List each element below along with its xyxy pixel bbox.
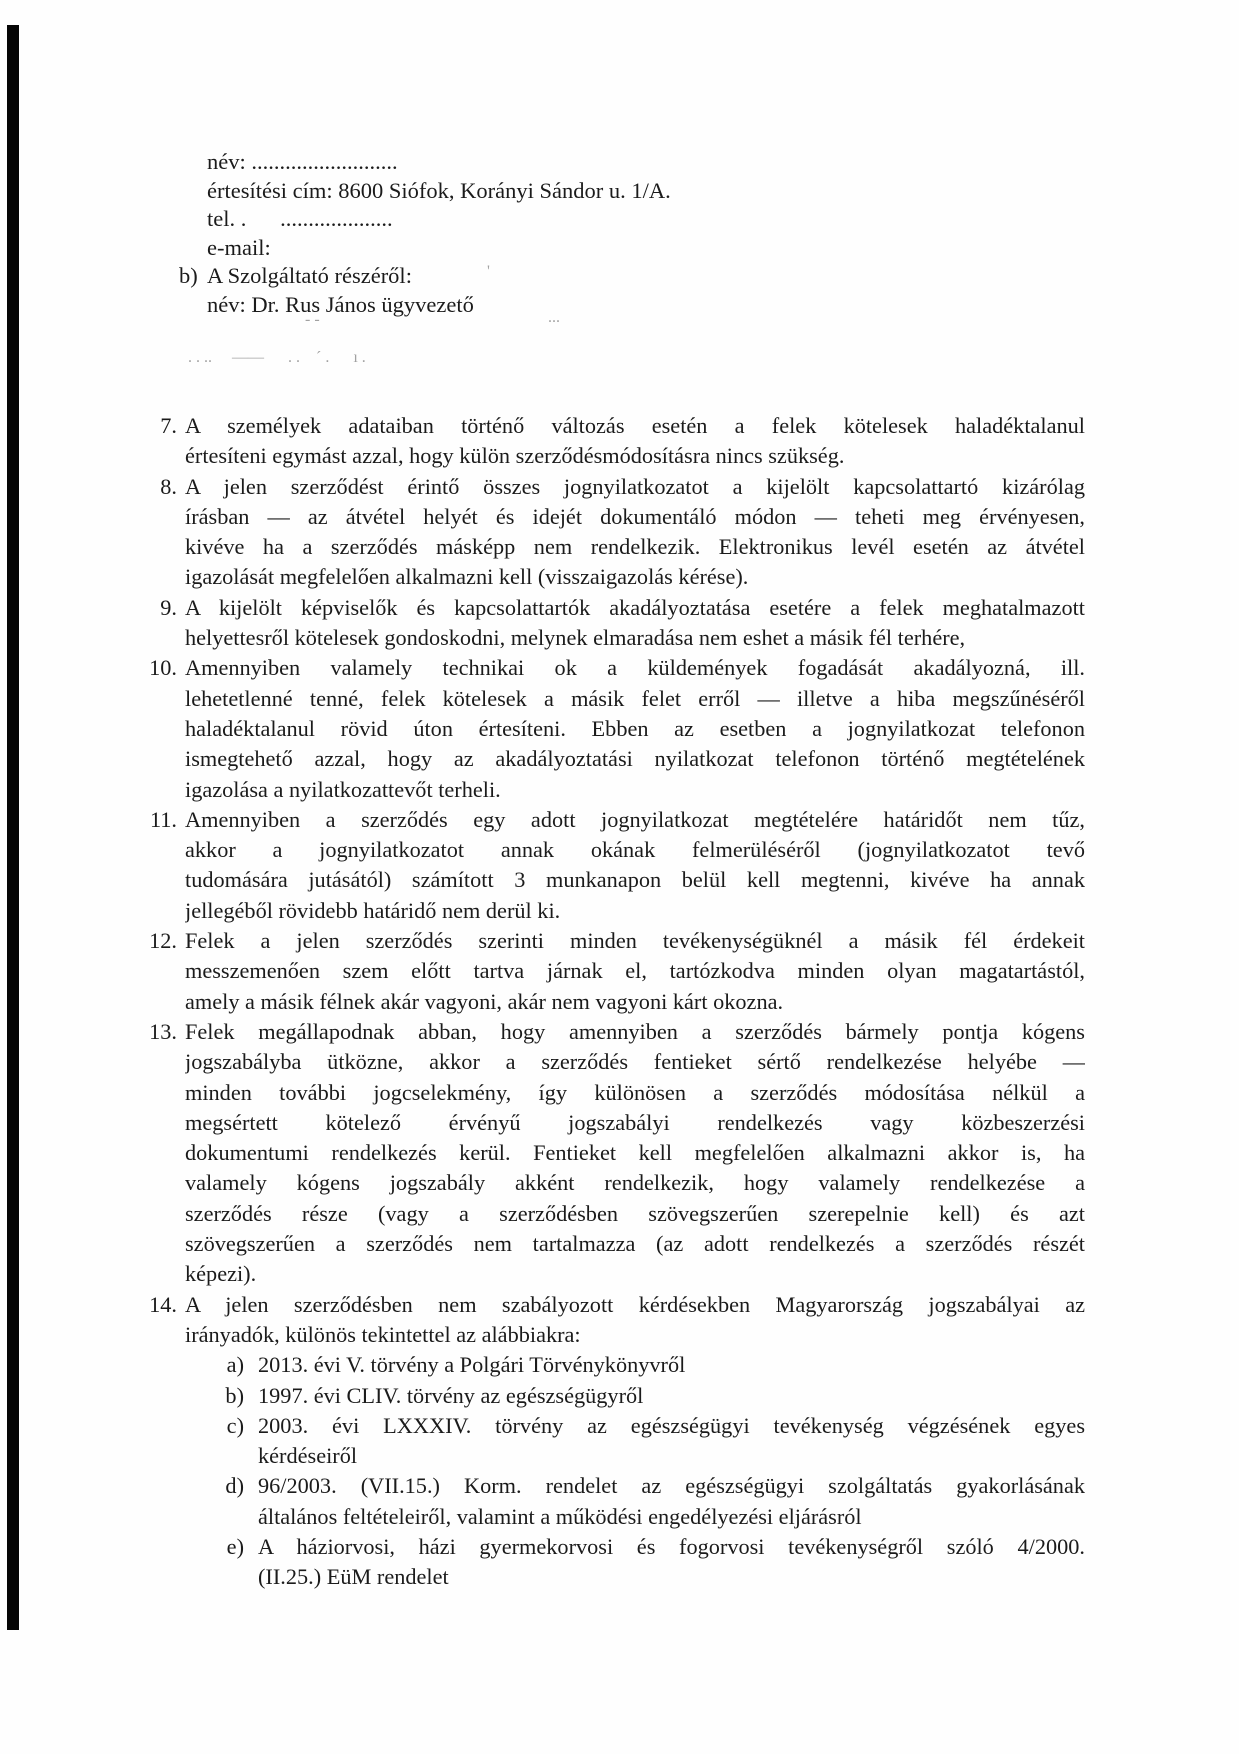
paragraph-line: igazolása a nyilatkozattevőt terheli. — [185, 775, 1085, 805]
paragraph-line: amely a másik félnek akár vagyoni, akár … — [185, 987, 1085, 1017]
paragraph-line: megsértett kötelező érvényű jogszabályi … — [185, 1108, 1085, 1138]
clause-item: 7.A személyek adataiban történő változás… — [185, 411, 1085, 472]
clause-number: 8. — [160, 472, 177, 502]
paragraph-line: irányadók, különös tekintettel az alábbi… — [185, 1320, 1085, 1350]
clause-item: 13.Felek megállapodnak abban, hogy amenn… — [185, 1017, 1085, 1290]
contact-line: tel. . .................... — [207, 205, 671, 234]
sub-clause-item: c)2003. évi LXXXIV. törvény az egészségü… — [258, 1411, 1085, 1472]
clause-item: 11.Amennyiben a szerződés egy adott jogn… — [185, 805, 1085, 926]
paragraph-line: 2003. évi LXXXIV. törvény az egészségügy… — [258, 1411, 1085, 1441]
clause-number: 14. — [149, 1290, 177, 1320]
clause-number: 9. — [160, 593, 177, 623]
clause-number: 10. — [149, 653, 177, 683]
sub-clause-letter: b) — [225, 1381, 244, 1411]
paragraph-line: igazolását megfelelően alkalmazni kell (… — [185, 562, 1085, 592]
scan-mark-artifact: . . .. —— . . ´ . ı . — [188, 350, 366, 366]
paragraph-line: valamely kógens jogszabály akként rendel… — [185, 1168, 1085, 1198]
clause-number: 12. — [149, 926, 177, 956]
paragraph-line: jogszabályba ütközne, akkor a szerződés … — [185, 1047, 1085, 1077]
contact-line-text: név: Dr. Rus János ügyvezető — [207, 292, 474, 317]
paragraph-line: kivéve ha a szerződés másképp nem rendel… — [185, 532, 1085, 562]
contact-line: e-mail: — [207, 234, 671, 263]
clause-body: Amennyiben a szerződés egy adott jognyil… — [185, 805, 1085, 926]
paragraph-line: minden további jogcselekmény, így különö… — [185, 1078, 1085, 1108]
contact-block: név: ..........................értesítés… — [207, 148, 671, 320]
sub-clause-letter: e) — [227, 1532, 244, 1562]
paragraph-line: képezi). — [185, 1259, 1085, 1289]
scanned-contract-page: név: ..........................értesítés… — [0, 0, 1239, 1754]
contact-line-text: e-mail: — [207, 235, 271, 260]
sub-clause-item: b)1997. évi CLIV. törvény az egészségügy… — [258, 1381, 1085, 1411]
clause-item: 9.A kijelölt képviselők és kapcsolattart… — [185, 593, 1085, 654]
paragraph-line: tudomására jutásától) számított 3 munkan… — [185, 865, 1085, 895]
contact-line-text: tel. . .................... — [207, 206, 393, 231]
contact-line: név: .......................... — [207, 148, 671, 177]
clause-item: 10.Amennyiben valamely technikai ok a kü… — [185, 653, 1085, 804]
paragraph-line: akkor a jognyilatkozatot annak okának fe… — [185, 835, 1085, 865]
clause-number: 7. — [160, 411, 177, 441]
sub-clause-letter: a) — [227, 1350, 244, 1380]
paragraph-line: ismegtehető azzal, hogy az akadályoztatá… — [185, 744, 1085, 774]
contact-line-text: név: .......................... — [207, 149, 398, 174]
paragraph-line: jellegéből rövidebb határidő nem derül k… — [185, 896, 1085, 926]
contact-line: értesítési cím: 8600 Siófok, Korányi Sán… — [207, 177, 671, 206]
scan-mark-artifact: ' — [487, 264, 490, 280]
clause-item: 8.A jelen szerződést érintő összes jogny… — [185, 472, 1085, 593]
scan-mark-artifact: - - — [305, 312, 320, 328]
contact-line-text: A Szolgáltató részéről: — [207, 263, 412, 288]
paragraph-line: A jelen szerződésben nem szabályozott ké… — [185, 1290, 1085, 1320]
clause-number: 11. — [150, 805, 177, 835]
scan-mark-artifact: ... — [548, 310, 560, 326]
clause-body: A kijelölt képviselők és kapcsolattartók… — [185, 593, 1085, 654]
paragraph-line: (II.25.) EüM rendelet — [258, 1562, 1085, 1592]
paragraph-line: haladéktalanul rövid úton értesíteni. Eb… — [185, 714, 1085, 744]
paragraph-line: A kijelölt képviselők és kapcsolattartók… — [185, 593, 1085, 623]
paragraph-line: 96/2003. (VII.15.) Korm. rendelet az egé… — [258, 1471, 1085, 1501]
paragraph-line: írásban — az átvétel helyét és idejét do… — [185, 502, 1085, 532]
clause-body: Felek megállapodnak abban, hogy amennyib… — [185, 1017, 1085, 1290]
paragraph-line: lehetetlenné tenné, felek kötelesek a má… — [185, 684, 1085, 714]
clause-body: Felek a jelen szerződés szerinti minden … — [185, 926, 1085, 1017]
sub-clause-item: d)96/2003. (VII.15.) Korm. rendelet az e… — [258, 1471, 1085, 1532]
paragraph-line: A jelen szerződést érintő összes jognyil… — [185, 472, 1085, 502]
clause-item: 14.A jelen szerződésben nem szabályozott… — [185, 1290, 1085, 1593]
clause-body: A jelen szerződésben nem szabályozott ké… — [185, 1290, 1085, 1593]
clause-number: 13. — [149, 1017, 177, 1047]
paragraph-line: értesíteni egymást azzal, hogy külön sze… — [185, 441, 1085, 471]
paragraph-line: szerződés része (vagy a szerződésben szö… — [185, 1199, 1085, 1229]
paragraph-line: szövegszerűen a szerződés nem tartalmazz… — [185, 1229, 1085, 1259]
paragraph-line: A háziorvosi, házi gyermekorvosi és fogo… — [258, 1532, 1085, 1562]
paragraph-line: messzemenően szem előtt tartva járnak el… — [185, 956, 1085, 986]
paragraph-line: 1997. évi CLIV. törvény az egészségügyrő… — [258, 1381, 1085, 1411]
paragraph-line: Felek a jelen szerződés szerinti minden … — [185, 926, 1085, 956]
paragraph-line: A személyek adataiban történő változás e… — [185, 411, 1085, 441]
sub-clause-item: e)A háziorvosi, házi gyermekorvosi és fo… — [258, 1532, 1085, 1593]
clause-body: A jelen szerződést érintő összes jognyil… — [185, 472, 1085, 593]
list-letter-label: b) — [179, 262, 198, 291]
clause-body: Amennyiben valamely technikai ok a külde… — [185, 653, 1085, 804]
clause-body: A személyek adataiban történő változás e… — [185, 411, 1085, 472]
paragraph-line: Amennyiben valamely technikai ok a külde… — [185, 653, 1085, 683]
clause-item: 12.Felek a jelen szerződés szerinti mind… — [185, 926, 1085, 1017]
numbered-clause-list: 7.A személyek adataiban történő változás… — [185, 411, 1085, 1593]
sub-clause-item: a)2013. évi V. törvény a Polgári Törvény… — [258, 1350, 1085, 1380]
paragraph-line: Felek megállapodnak abban, hogy amennyib… — [185, 1017, 1085, 1047]
paragraph-line: kérdéseiről — [258, 1441, 1085, 1471]
contact-line: név: Dr. Rus János ügyvezető — [207, 291, 671, 320]
contact-line-text: értesítési cím: 8600 Siófok, Korányi Sán… — [207, 178, 671, 203]
paragraph-line: általános feltételeiről, valamint a műkö… — [258, 1502, 1085, 1532]
paragraph-line: 2013. évi V. törvény a Polgári Törvénykö… — [258, 1350, 1085, 1380]
paragraph-line: Amennyiben a szerződés egy adott jognyil… — [185, 805, 1085, 835]
scan-edge-artifact — [7, 25, 19, 1630]
paragraph-line: helyettesről kötelesek gondoskodni, mely… — [185, 623, 1085, 653]
paragraph-line: dokumentumi rendelkezés kerül. Fentieket… — [185, 1138, 1085, 1168]
sub-clause-letter: d) — [225, 1471, 244, 1501]
sub-clause-letter: c) — [227, 1411, 244, 1441]
contact-line: b)A Szolgáltató részéről: — [207, 262, 671, 291]
